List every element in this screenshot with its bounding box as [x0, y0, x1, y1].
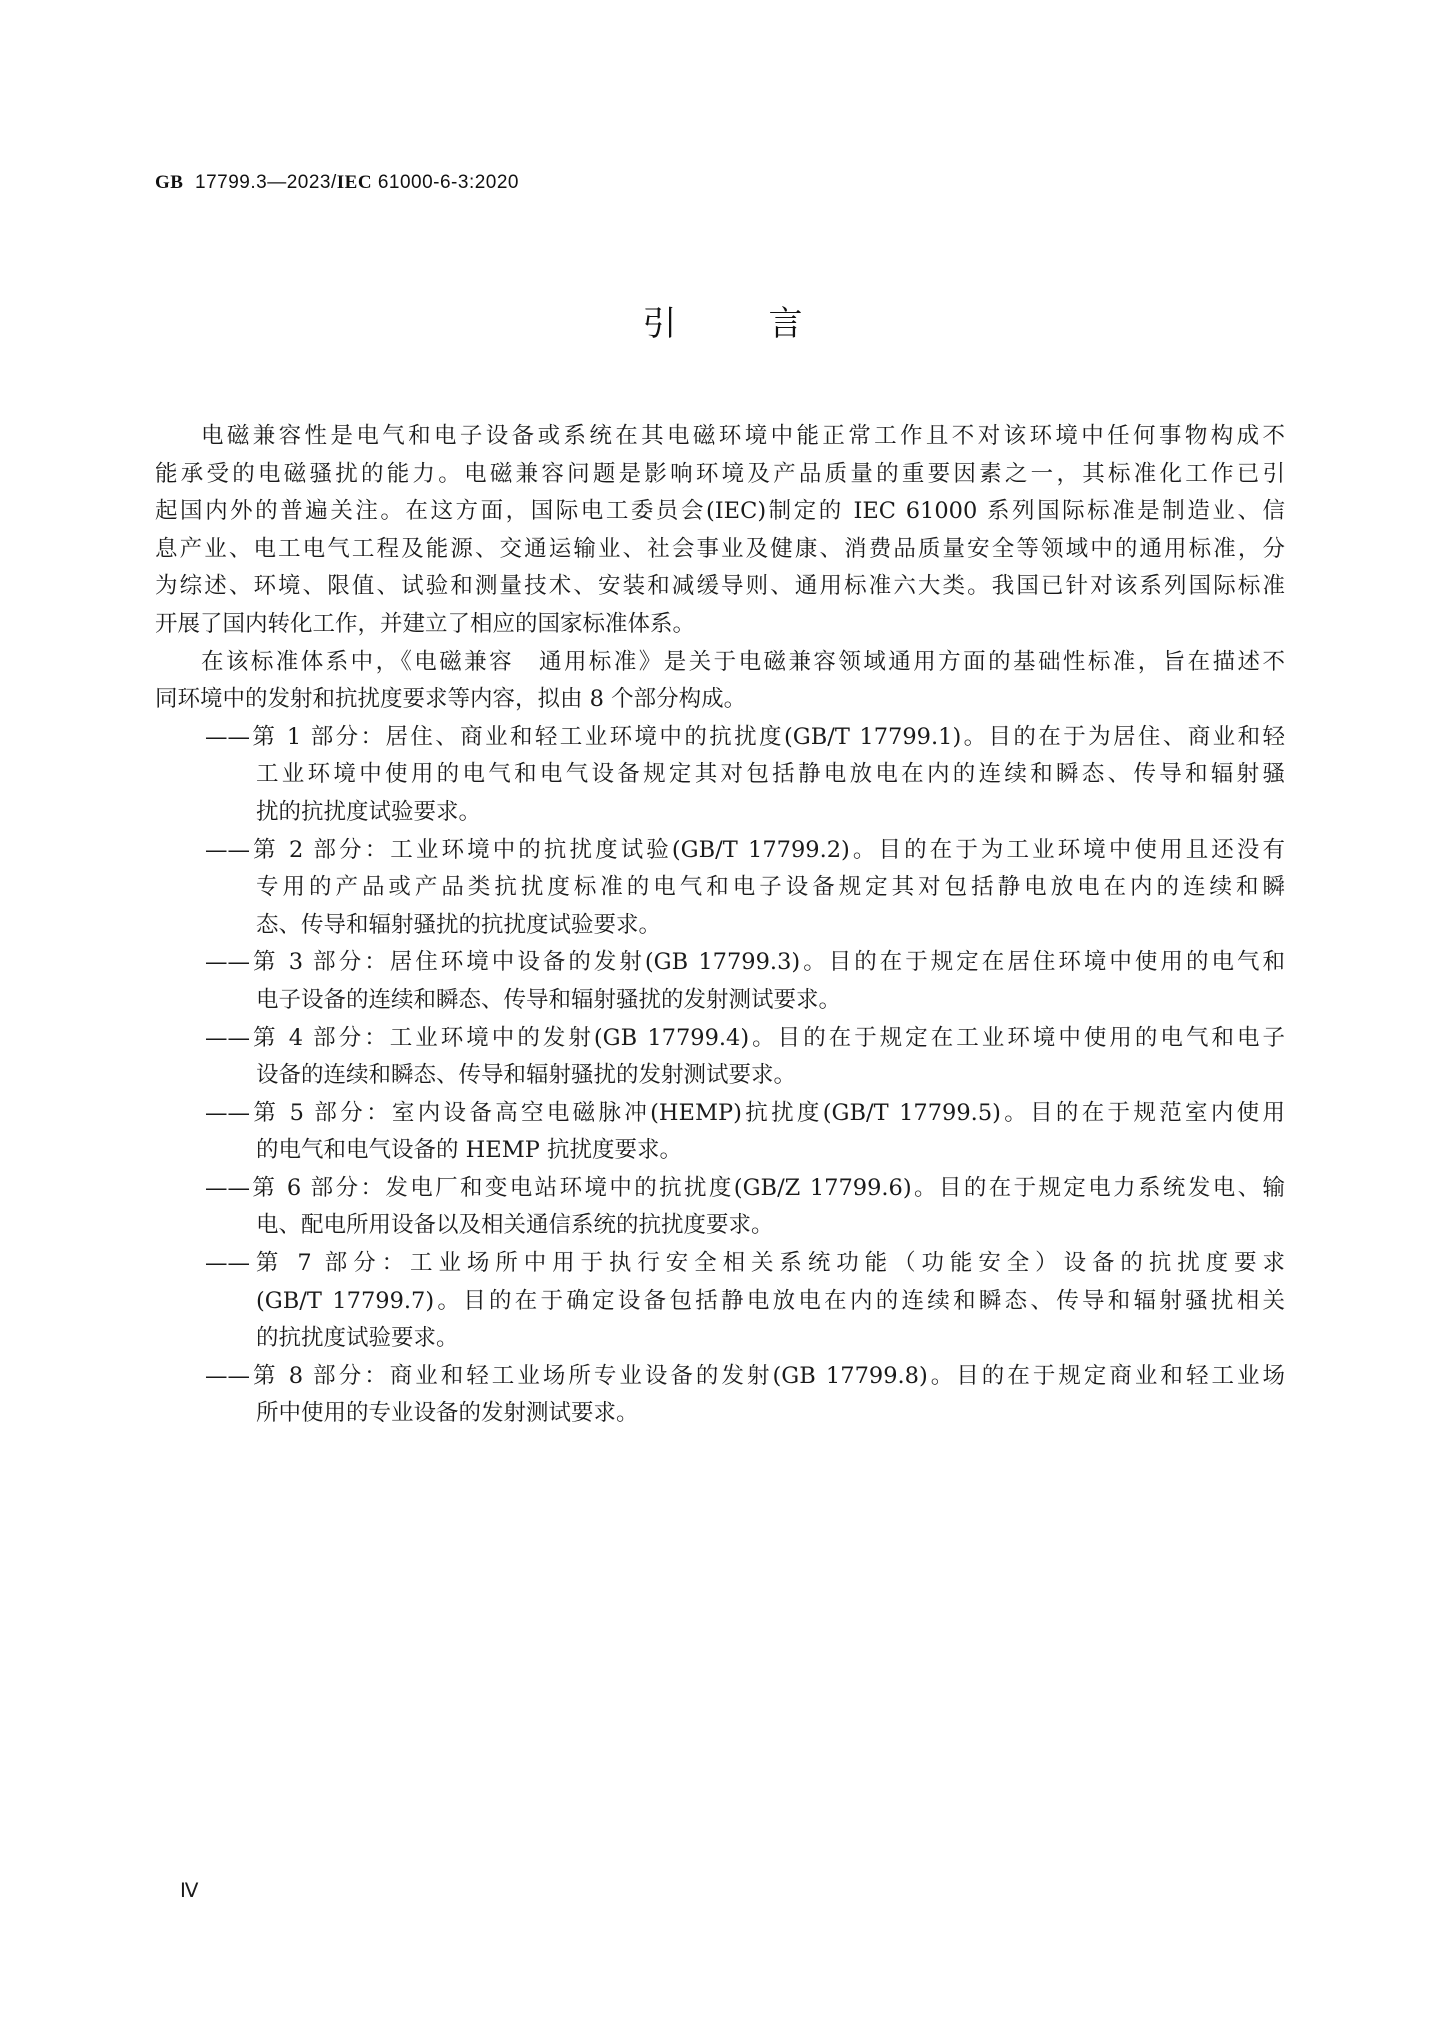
paragraph-line: 电磁兼容性是电气和电子设备或系统在其电磁环境中能正常工作且不对该环境中任何事物构… — [155, 418, 1285, 456]
list-item-line: 的抗扰度试验要求。 — [155, 1320, 1285, 1358]
standard-prefix: GB — [155, 172, 183, 193]
paragraph-line: 息产业、电工电气工程及能源、交通运输业、社会事业及健康、消费品质量安全等领域中的… — [155, 531, 1285, 569]
list-item-line: ——第 2 部分：工业环境中的抗扰度试验(GB/T 17799.2)。目的在于为… — [155, 832, 1285, 870]
list-item-part-6: ——第 6 部分：发电厂和变电站环境中的抗扰度(GB/Z 17799.6)。目的… — [155, 1170, 1285, 1245]
page-number: Ⅳ — [180, 1878, 198, 1903]
iec-prefix: IEC — [337, 172, 372, 193]
document-body: 电磁兼容性是电气和电子设备或系统在其电磁环境中能正常工作且不对该环境中任何事物构… — [155, 418, 1285, 1433]
paragraph-line: 起国内外的普遍关注。在这方面，国际电工委员会(IEC)制定的 IEC 61000… — [155, 493, 1285, 531]
paragraph-line: 在该标准体系中，《电磁兼容 通用标准》是关于电磁兼容领域通用方面的基础性标准，旨… — [155, 644, 1285, 682]
list-item-line: 扰的抗扰度试验要求。 — [155, 794, 1285, 832]
list-item-part-3: ——第 3 部分：居住环境中设备的发射(GB 17799.3)。目的在于规定在居… — [155, 944, 1285, 1019]
list-item-part-7: ——第 7 部分：工业场所中用于执行安全相关系统功能（功能安全）设备的抗扰度要求… — [155, 1245, 1285, 1358]
list-item-line: ——第 4 部分：工业环境中的发射(GB 17799.4)。目的在于规定在工业环… — [155, 1020, 1285, 1058]
list-item-line: ——第 3 部分：居住环境中设备的发射(GB 17799.3)。目的在于规定在居… — [155, 944, 1285, 982]
page-title: 引言 — [0, 296, 1445, 345]
list-item-line: 电子设备的连续和瞬态、传导和辐射骚扰的发射测试要求。 — [155, 982, 1285, 1020]
paragraph-line: 同环境中的发射和抗扰度要求等内容，拟由 8 个部分构成。 — [155, 681, 1285, 719]
intro-paragraph: 电磁兼容性是电气和电子设备或系统在其电磁环境中能正常工作且不对该环境中任何事物构… — [155, 418, 1285, 644]
list-item-line: 电、配电所用设备以及相关通信系统的抗扰度要求。 — [155, 1207, 1285, 1245]
list-item-line: (GB/T 17799.7)。目的在于确定设备包括静电放电在内的连续和瞬态、传导… — [155, 1283, 1285, 1321]
standard-code: 17799.3—2023/ — [195, 172, 337, 193]
paragraph-line: 开展了国内转化工作，并建立了相应的国家标准体系。 — [155, 606, 1285, 644]
paragraph-line: 能承受的电磁骚扰的能力。电磁兼容问题是影响环境及产品质量的重要因素之一，其标准化… — [155, 456, 1285, 494]
list-item-line: ——第 8 部分：商业和轻工业场所专业设备的发射(GB 17799.8)。目的在… — [155, 1358, 1285, 1396]
list-item-line: 的电气和电气设备的 HEMP 抗扰度要求。 — [155, 1132, 1285, 1170]
list-item-line: 设备的连续和瞬态、传导和辐射骚扰的发射测试要求。 — [155, 1057, 1285, 1095]
list-item-part-8: ——第 8 部分：商业和轻工业场所专业设备的发射(GB 17799.8)。目的在… — [155, 1358, 1285, 1433]
paragraph-line: 为综述、环境、限值、试验和测量技术、安装和减缓导则、通用标准六大类。我国已针对该… — [155, 568, 1285, 606]
list-item-line: ——第 5 部分：室内设备高空电磁脉冲(HEMP)抗扰度(GB/T 17799.… — [155, 1095, 1285, 1133]
list-item-line: 工业环境中使用的电气和电气设备规定其对包括静电放电在内的连续和瞬态、传导和辐射骚 — [155, 756, 1285, 794]
part-list: ——第 1 部分：居住、商业和轻工业环境中的抗扰度(GB/T 17799.1)。… — [155, 719, 1285, 1433]
list-item-line: 专用的产品或产品类抗扰度标准的电气和电子设备规定其对包括静电放电在内的连续和瞬 — [155, 869, 1285, 907]
title-char-1: 引 — [643, 296, 677, 345]
list-item-line: ——第 1 部分：居住、商业和轻工业环境中的抗扰度(GB/T 17799.1)。… — [155, 719, 1285, 757]
list-item-part-1: ——第 1 部分：居住、商业和轻工业环境中的抗扰度(GB/T 17799.1)。… — [155, 719, 1285, 832]
list-item-line: ——第 7 部分：工业场所中用于执行安全相关系统功能（功能安全）设备的抗扰度要求 — [155, 1245, 1285, 1283]
list-item-part-5: ——第 5 部分：室内设备高空电磁脉冲(HEMP)抗扰度(GB/T 17799.… — [155, 1095, 1285, 1170]
list-item-line: ——第 6 部分：发电厂和变电站环境中的抗扰度(GB/Z 17799.6)。目的… — [155, 1170, 1285, 1208]
list-item-line: 态、传导和辐射骚扰的抗扰度试验要求。 — [155, 907, 1285, 945]
list-item-part-4: ——第 4 部分：工业环境中的发射(GB 17799.4)。目的在于规定在工业环… — [155, 1020, 1285, 1095]
iec-code: 61000-6-3:2020 — [378, 172, 519, 193]
title-char-2: 言 — [769, 296, 803, 345]
system-paragraph: 在该标准体系中，《电磁兼容 通用标准》是关于电磁兼容领域通用方面的基础性标准，旨… — [155, 644, 1285, 719]
list-item-part-2: ——第 2 部分：工业环境中的抗扰度试验(GB/T 17799.2)。目的在于为… — [155, 832, 1285, 945]
standard-header: GB 17799.3—2023/IEC 61000-6-3:2020 — [155, 172, 519, 194]
list-item-line: 所中使用的专业设备的发射测试要求。 — [155, 1395, 1285, 1433]
